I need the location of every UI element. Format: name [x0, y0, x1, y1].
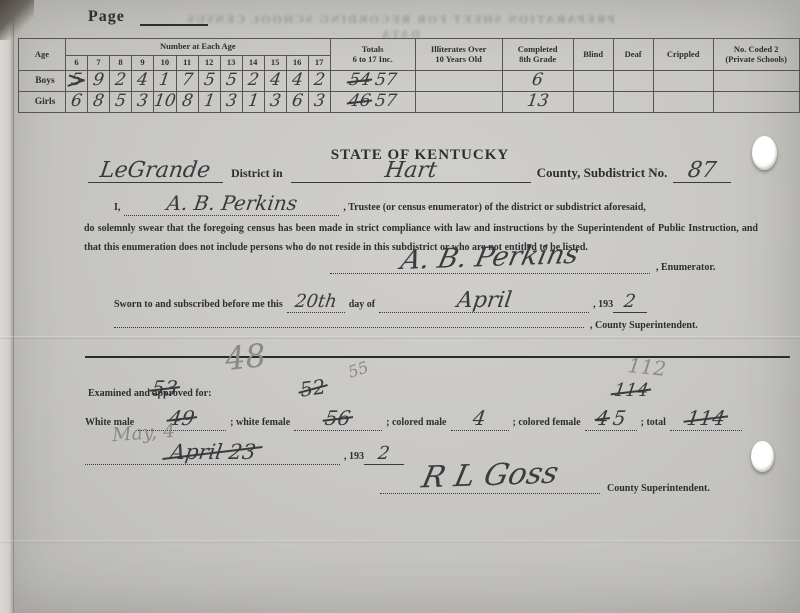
boys-no-coded-cell	[713, 71, 799, 92]
girls-completed-8th-value: 13	[526, 93, 550, 110]
number-at-each-age-header: Number at Each Age	[66, 39, 331, 56]
boys-illiterates-cell	[415, 71, 502, 92]
girls-age6-value: 6	[70, 93, 83, 110]
deaf-header: Deaf	[613, 39, 653, 71]
boys-row: Boys 5 9 2 4 1 7 5 5 2 4 4 2 54 57 6	[19, 71, 800, 92]
pencil-55: 55	[346, 357, 371, 381]
no-coded-private-schools-header: No. Coded 2 (Private Schools)	[713, 39, 799, 71]
boys-age17-value: 2	[313, 72, 326, 89]
colored-female-struck: 4	[594, 408, 610, 428]
illiterates-header: Illiterates Over 10 Years Old	[415, 39, 502, 71]
oath-suffix: , Trustee (or census enumerator) of the …	[343, 202, 645, 213]
girls-crippled-cell	[653, 92, 713, 113]
struck-52: 52	[299, 376, 327, 399]
total-struck-top: 114	[613, 382, 650, 400]
county-subdistrict-label: County, Subdistrict No.	[535, 165, 670, 180]
girls-total-struck: 46	[348, 93, 372, 110]
boys-age15-value: 4	[269, 72, 282, 89]
examined-approved-label: Examined and approved for:	[88, 388, 211, 399]
girls-age12-value: 1	[203, 93, 216, 110]
boys-blind-cell	[573, 71, 613, 92]
crippled-header: Crippled	[653, 39, 713, 71]
district-line: LeGrande District in Hart County, Subdis…	[88, 160, 768, 183]
girls-illiterates-cell	[415, 92, 502, 113]
paper-crease	[0, 336, 800, 339]
colored-male-label: ; colored male	[386, 417, 446, 428]
boys-total-value: 57	[373, 72, 397, 89]
white-female-label: ; white female	[230, 417, 290, 428]
enumerator-signature: A. B. Perkins	[398, 239, 582, 276]
girls-age10-value: 10	[153, 93, 177, 110]
sworn-year-digit: 2	[623, 293, 637, 311]
girls-age9-value: 3	[136, 93, 149, 110]
scan-corner-shadow	[0, 0, 34, 40]
sworn-month-value: April	[455, 290, 513, 312]
girls-blind-cell	[573, 92, 613, 113]
total-value-struck: 114	[685, 408, 726, 428]
approval-date-line: April 23 , 1932	[85, 442, 404, 465]
completed-8th-grade-header: Completed 8th Grade	[502, 39, 573, 71]
white-female-value: 56	[324, 408, 352, 428]
boys-age16-value: 4	[291, 72, 304, 89]
district-label: District in	[227, 166, 287, 180]
girls-age15-value: 3	[269, 93, 282, 110]
scanned-census-form: PREPARATION SHEET FOR RECORDING SCHOOL C…	[0, 0, 800, 613]
boys-age13-value: 5	[225, 72, 238, 89]
totals-header: Totals 6 to 17 Inc.	[330, 39, 415, 71]
census-table: Age Number at Each Age Totals 6 to 17 In…	[18, 38, 800, 113]
age-column-header: Age	[19, 39, 66, 71]
boys-age11-value: 7	[181, 72, 194, 89]
county-superintendent-blank-line	[114, 313, 584, 328]
girls-age11-value: 8	[181, 93, 194, 110]
girls-no-coded-cell	[713, 92, 799, 113]
superintendent-signature: R L Goss	[419, 456, 562, 496]
colored-male-value: 4	[472, 408, 488, 428]
boys-deaf-cell	[613, 71, 653, 92]
superintendent-signature-line: R L Goss	[380, 458, 600, 494]
girls-age8-value: 5	[114, 93, 127, 110]
sworn-line: Sworn to and subscribed before me this 2…	[114, 290, 647, 313]
colored-female-label: ; colored female	[513, 417, 581, 428]
county-superintendent-label: , County Superintendent.	[590, 320, 698, 331]
girls-total-value: 57	[373, 93, 397, 110]
girls-age14-value: 1	[247, 93, 260, 110]
colored-female-value: 5	[611, 408, 627, 428]
page-blank-line	[140, 24, 208, 26]
section-divider-rule	[85, 356, 790, 358]
boys-age7-value: 9	[92, 72, 105, 89]
girls-deaf-cell	[613, 92, 653, 113]
page-label: Page	[88, 8, 125, 26]
approval-year-prefix: , 193	[344, 451, 364, 462]
boys-completed-8th-value: 6	[531, 72, 544, 89]
punch-hole-bottom	[751, 441, 774, 472]
oath-opening-line: I, A. B. Perkins , Trustee (or census en…	[114, 193, 758, 216]
boys-age10-value: 1	[158, 72, 171, 89]
girls-row-label: Girls	[19, 92, 66, 113]
girls-age16-value: 6	[291, 93, 304, 110]
boys-row-label: Boys	[19, 71, 66, 92]
approval-counts-line: White male 49 ; white female 56 ; colore…	[85, 408, 742, 431]
boys-total-struck: 54	[348, 72, 372, 89]
subdistrict-number: 87	[687, 160, 718, 182]
girls-age7-value: 8	[92, 93, 105, 110]
paper-crease	[0, 540, 800, 543]
day-of-label: day of	[349, 299, 375, 310]
boys-crippled-cell	[653, 71, 713, 92]
girls-row: Girls 6 8 5 3 10 8 1 3 1 3 6 3 46 57 13	[19, 92, 800, 113]
sworn-day-value: 20th	[294, 293, 338, 311]
girls-age17-value: 3	[313, 93, 326, 110]
boys-age6-value: 5	[70, 72, 83, 89]
girls-total-cell: 46 57	[330, 92, 415, 113]
district-value: LeGrande	[99, 160, 212, 182]
struck-date-april-23: April 23	[168, 442, 256, 463]
blind-header: Blind	[573, 39, 613, 71]
boys-age12-value: 5	[203, 72, 216, 89]
trustee-name: A. B. Perkins	[165, 193, 298, 213]
punch-hole-top	[752, 136, 777, 170]
paper-left-edge	[0, 0, 14, 613]
county-value: Hart	[383, 160, 438, 182]
boys-age8-value: 2	[114, 72, 127, 89]
sworn-year-prefix: , 193	[593, 299, 613, 310]
enumerator-label: , Enumerator.	[656, 262, 715, 273]
boys-age9-value: 4	[136, 72, 149, 89]
sworn-text: Sworn to and subscribed before me this	[114, 299, 283, 310]
boys-age14-value: 2	[247, 72, 260, 89]
pencil-112: 112	[627, 353, 667, 381]
boys-total-cell: 54 57	[330, 71, 415, 92]
total-label: ; total	[641, 417, 666, 428]
girls-age13-value: 3	[225, 93, 238, 110]
enumerator-signature-line: A. B. Perkins	[330, 242, 650, 274]
pencil-48: 48	[223, 336, 267, 378]
superintendent-label: County Superintendent.	[607, 483, 710, 494]
oath-prefix: I,	[114, 202, 120, 213]
